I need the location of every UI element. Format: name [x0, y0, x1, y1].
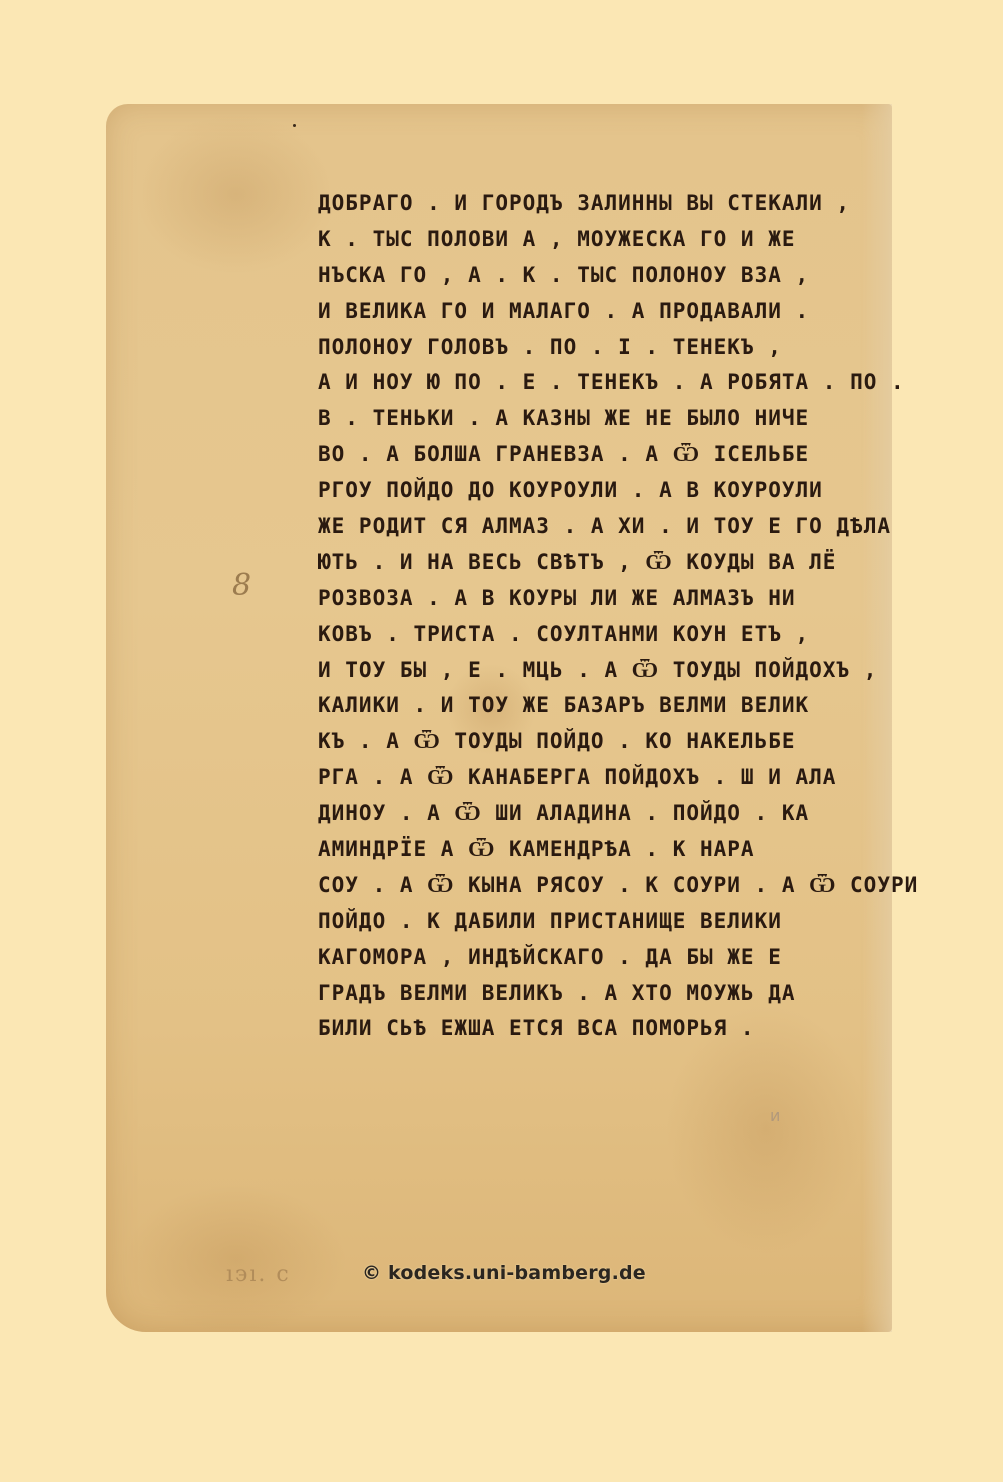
- text-line: и тоу бы , е . мць . а ѿ тоуды пойдохъ ,: [318, 653, 858, 689]
- text-line: полоноу головъ . по . і . тенекъ ,: [318, 330, 858, 366]
- text-line: къ . а ѿ тоуды пойдо . ко накельбе: [318, 724, 858, 760]
- text-line: ковъ . триста . соултанми коун етъ ,: [318, 617, 858, 653]
- paper-stain: [126, 1184, 346, 1334]
- text-line: нъска го , а . к . тыс полоноу вза ,: [318, 258, 858, 294]
- text-line: рга . а ѿ канаберга пойдохъ . ш и ала: [318, 760, 858, 796]
- page-right-margin-strip: [862, 104, 892, 1332]
- text-line: били сьѣ ежша ется вса поморья .: [318, 1011, 858, 1047]
- text-line: в . теньки . а казны же не было ниче: [318, 401, 858, 437]
- marginal-note: 8: [232, 568, 251, 603]
- paper-stain: [136, 114, 336, 274]
- copyright-watermark: © kodeks.uni-bamberg.de: [362, 1262, 646, 1284]
- text-line: к . тыс полови а , моужеска го и же: [318, 222, 858, 258]
- text-line: во . а болша граневза . а ѿ ісельбе: [318, 437, 858, 473]
- text-line: ють . и на весь свѣтъ , ѿ коуды ва лё: [318, 545, 858, 581]
- text-line: градъ велми великъ . а хто моужь да: [318, 976, 858, 1012]
- text-line: и велика го и малаго . а продавали .: [318, 294, 858, 330]
- text-line: же родит ся алмаз . а хи . и тоу е го дѣ…: [318, 509, 858, 545]
- text-line: ргоу пойдо до коуроули . а в коуроули: [318, 473, 858, 509]
- text-line: диноу . а ѿ ши аладина . пойдо . ка: [318, 796, 858, 832]
- text-line: аминдрїе а ѿ камендрѣа . к нара: [318, 832, 858, 868]
- text-line: соу . а ѿ кына рясоу . к соури . а ѿ соу…: [318, 868, 858, 904]
- folio-number: ıэı. с: [226, 1262, 291, 1287]
- manuscript-text: добраго . и городъ залинны вы стекали , …: [318, 186, 858, 1047]
- text-line: калики . и тоу же базаръ велми велик: [318, 688, 858, 724]
- text-line: кагомора , индѣйскаго . да бы же е: [318, 940, 858, 976]
- text-line: розвоза . а в коуры ли же алмазъ ни: [318, 581, 858, 617]
- text-line: пойдо . к дабили пристанище велики: [318, 904, 858, 940]
- pencil-mark: и: [770, 1106, 780, 1125]
- text-line: добраго . и городъ залинны вы стекали ,: [318, 186, 858, 222]
- ink-dot: [293, 124, 296, 127]
- text-line: а и ноу ю по . е . тенекъ . а робята . п…: [318, 365, 858, 401]
